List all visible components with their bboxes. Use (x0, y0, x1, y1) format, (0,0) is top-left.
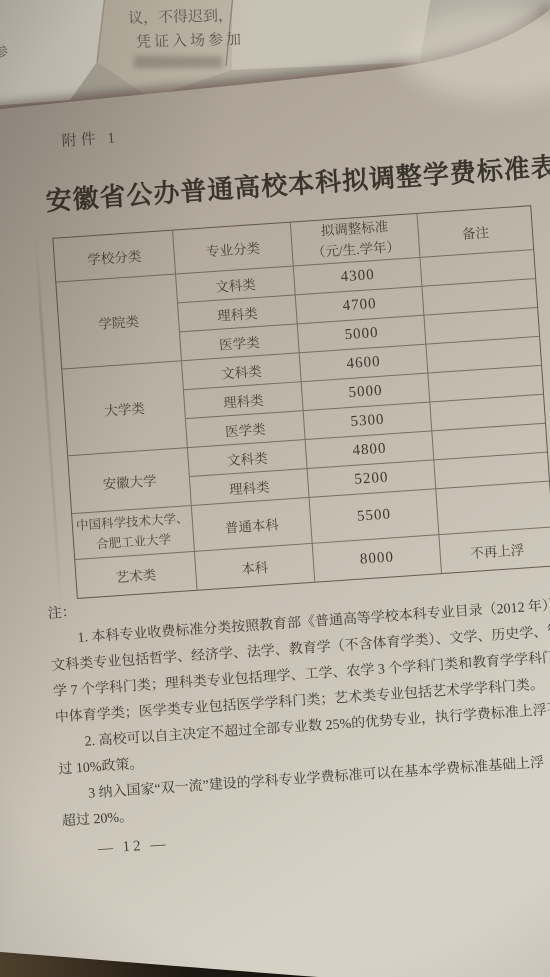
remark-cell-empty (436, 482, 550, 536)
notes-section: 注： 1. 本科专业收费标准分类按照教育部《普通高等学校本科专业目录（2012 … (47, 560, 550, 836)
school-group-university: 大学类 (62, 361, 188, 456)
school-group-college: 学院类 (56, 274, 182, 369)
school-group-anhui-university: 安徽大学 (68, 448, 192, 514)
school-group-ustc-hfut: 中国科学技术大学、合肥工业大学 (72, 506, 195, 560)
attachment-label: 附件 1 (61, 126, 120, 151)
school-group-art: 艺术类 (75, 552, 197, 598)
major-cell: 本科 (195, 544, 315, 590)
document-page-content: 附件 1 安徽省公办普通高校本科拟调整学费标准表 学校分类 专业分类 拟调整标准… (0, 16, 550, 958)
background-paper-text-line1: 议，不得迟到， (128, 7, 233, 27)
major-cell: 普通本科 (192, 498, 313, 552)
header-remark: 备注 (418, 206, 534, 258)
photo-of-document: 议，不得迟到， 凭证入场参加 参 附件 1 安徽省公办普通高校本科拟调整学费标准… (0, 0, 550, 977)
fee-cell: 8000 (313, 535, 442, 582)
page-number: — 12 — (97, 836, 168, 858)
remark-cell-no-increase: 不再上浮 (440, 527, 550, 573)
tuition-fee-table: 学校分类 专业分类 拟调整标准 （元/生.学年） 备注 学院类 文科类 4300… (52, 205, 550, 599)
